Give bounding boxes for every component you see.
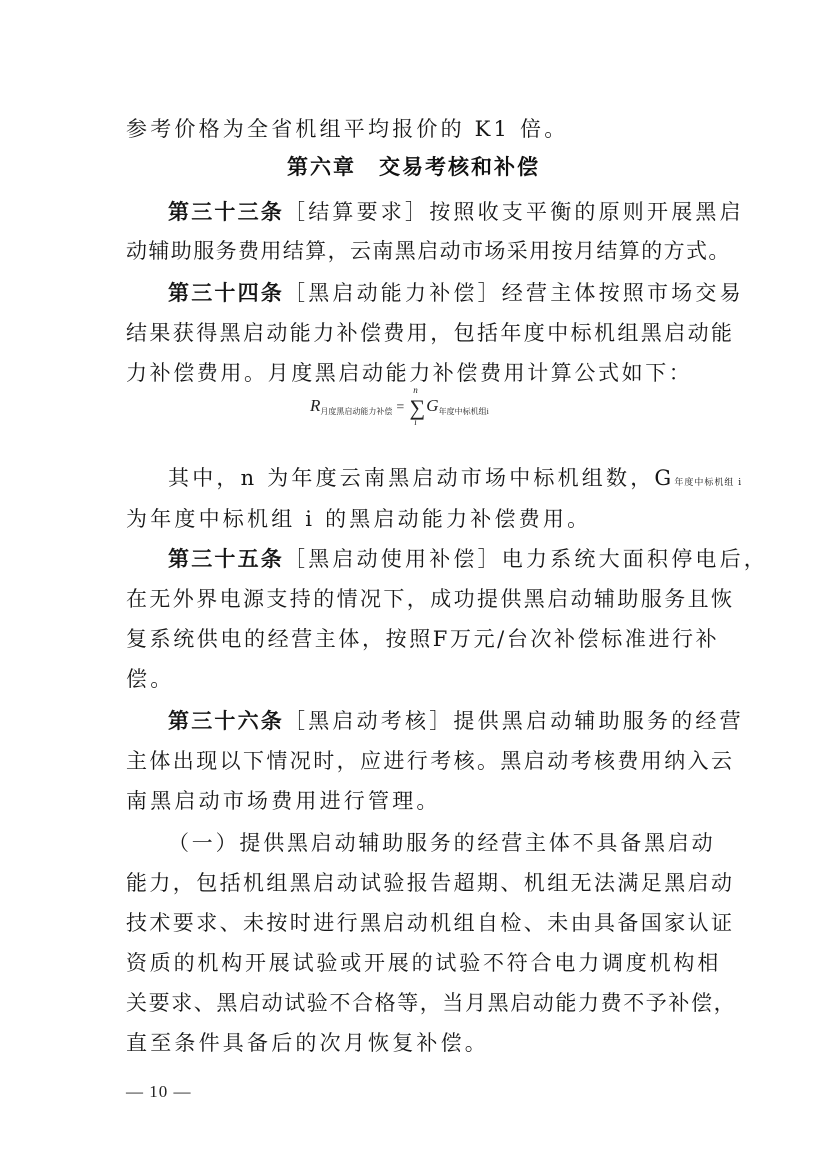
article-35-line-1: 第三十五条［黑启动使用补偿］电力系统大面积停电后， xyxy=(168,543,768,573)
article-34-number: 第三十四条 xyxy=(168,281,284,305)
compensation-formula: R月度黑启动能力补偿=n∑iG年度中标机组i xyxy=(310,395,489,421)
article-35-line-3: 复系统供电的经营主体，按照F万元/台次补偿标准进行补 xyxy=(126,623,719,653)
item-1-line-6: 直至条件具备后的次月恢复补偿。 xyxy=(126,1027,489,1057)
item-1-line-1: （一）提供黑启动辅助服务的经营主体不具备黑启动 xyxy=(168,827,715,857)
summation-symbol: n∑i xyxy=(408,395,426,421)
page-number: — 10 — xyxy=(126,1082,192,1102)
document-page: 参考价格为全省机组平均报价的 K1 倍。 第六章 交易考核和补偿 第三十三条［结… xyxy=(0,0,827,1170)
chapter-heading: 第六章 交易考核和补偿 xyxy=(0,151,827,181)
article-34-line-3: 力补偿费用。月度黑启动能力补偿费用计算公式如下： xyxy=(126,357,692,387)
article-35-line-4: 偿。 xyxy=(126,663,174,693)
article-35-line-2: 在无外界电源支持的情况下，成功提供黑启动辅助服务且恢 xyxy=(126,583,734,613)
article-36-number: 第三十六条 xyxy=(168,709,284,733)
formula-explanation-line-1: 其中，n 为年度云南黑启动市场中标机组数，G年度中标机组 i xyxy=(168,462,742,492)
item-1-line-3: 技术要求、未按时进行黑启动机组自检、未由具备国家认证 xyxy=(126,907,734,937)
article-33-number: 第三十三条 xyxy=(168,200,284,224)
formula-explanation-line-2: 为年度中标机组 i 的黑启动能力补偿费用。 xyxy=(126,503,591,533)
article-33-line-1: 第三十三条［结算要求］按照收支平衡的原则开展黑启 xyxy=(168,196,744,226)
item-1-line-2: 能力，包括机组黑启动试验报告超期、机组无法满足黑启动 xyxy=(126,867,734,897)
article-36-line-2: 主体出现以下情况时，应进行考核。黑启动考核费用纳入云 xyxy=(126,745,734,775)
article-34-line-2: 结果获得黑启动能力补偿费用，包括年度中标机组黑启动能 xyxy=(126,317,734,347)
article-36-line-3: 南黑启动市场费用进行管理。 xyxy=(126,785,441,815)
article-34-line-1: 第三十四条［黑启动能力补偿］经营主体按照市场交易 xyxy=(168,277,744,307)
item-1-line-5: 关要求、黑启动试验不合格等，当月黑启动能力费不予补偿， xyxy=(126,987,736,1017)
article-33-line-2: 动辅助服务费用结算，云南黑启动市场采用按月结算的方式。 xyxy=(126,235,731,265)
article-35-number: 第三十五条 xyxy=(168,547,284,571)
continuation-paragraph: 参考价格为全省机组平均报价的 K1 倍。 xyxy=(126,113,568,143)
item-1-line-4: 资质的机构开展试验或开展的试验不符合电力调度机构相 xyxy=(126,947,721,977)
article-36-line-1: 第三十六条［黑启动考核］提供黑启动辅助服务的经营 xyxy=(168,705,744,735)
